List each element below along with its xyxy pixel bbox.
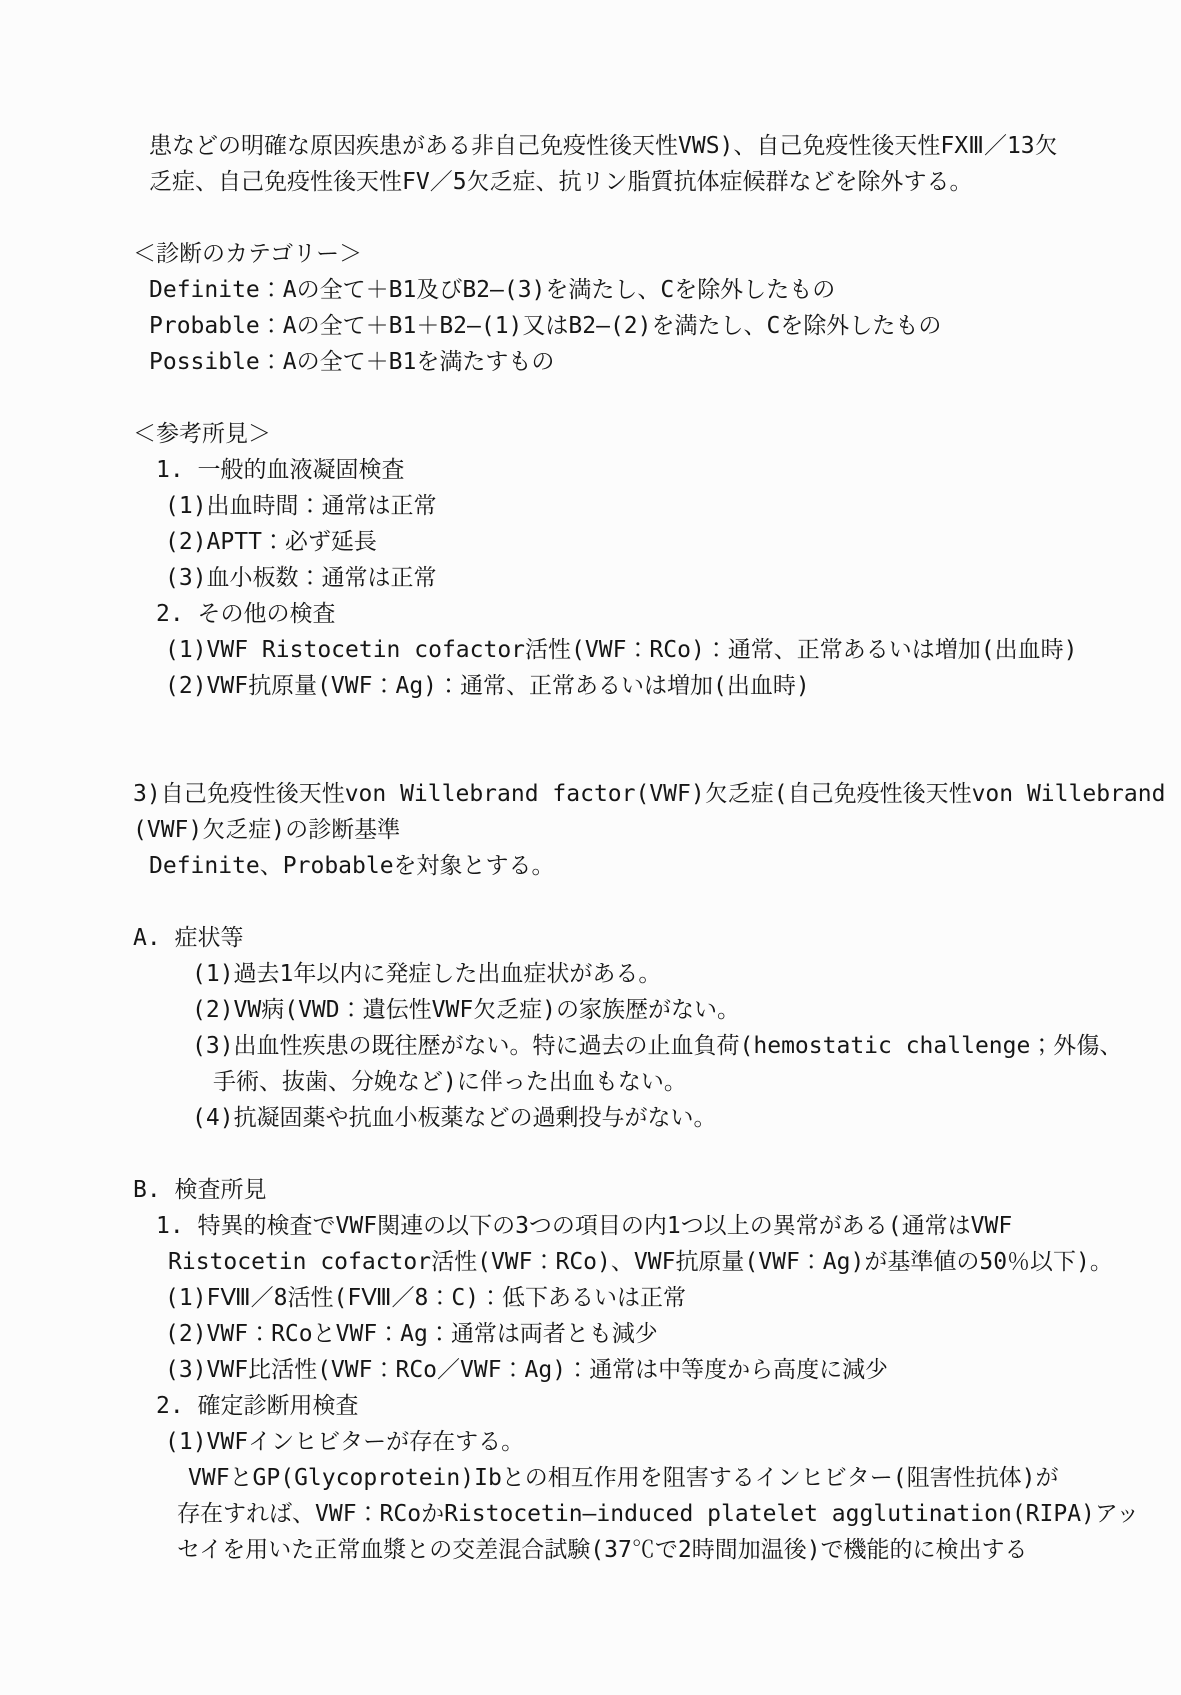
text-line: (1)FⅧ／8活性(FⅧ／8：C)：低下あるいは正常 [133,1280,1153,1316]
text-line: (2)VWF抗原量(VWF：Ag)：通常、正常あるいは増加(出血時) [133,668,1153,704]
text-line: 存在すれば、VWF：RCoかRistocetin―induced platele… [133,1496,1153,1532]
text-line: (1)出血時間：通常は正常 [133,488,1153,524]
text-line: (1)過去1年以内に発症した出血症状がある。 [133,956,1153,992]
text-line: ＜参考所見＞ [133,416,1153,452]
text-line: セイを用いた正常血漿との交差混合試験(37℃で2時間加温後)で機能的に検出する [133,1532,1153,1568]
text-line: A. 症状等 [133,920,1153,956]
text-line: 2. 確定診断用検査 [133,1388,1153,1424]
text-line: (2)VW病(VWD：遺伝性VWF欠乏症)の家族歴がない。 [133,992,1153,1028]
blank-line [133,740,1153,776]
text-line: (1)VWFインヒビターが存在する。 [133,1424,1153,1460]
document-body: 患などの明確な原因疾患がある非自己免疫性後天性VWS)、自己免疫性後天性FXⅢ／… [133,128,1153,1568]
blank-line [133,704,1153,740]
text-line: Definite：Aの全て＋B1及びB2―(3)を満たし、Cを除外したもの [133,272,1153,308]
blank-line [133,380,1153,416]
blank-line [133,884,1153,920]
text-line: VWFとGP(Glycoprotein)Ibとの相互作用を阻害するインヒビター(… [133,1460,1153,1496]
text-line: B. 検査所見 [133,1172,1153,1208]
text-line: 1. 特異的検査でVWF関連の以下の3つの項目の内1つ以上の異常がある(通常はV… [133,1208,1153,1244]
text-line: 1. 一般的血液凝固検査 [133,452,1153,488]
text-line: 乏症、自己免疫性後天性FV／5欠乏症、抗リン脂質抗体症候群などを除外する。 [133,164,1153,200]
text-line: (3)血小板数：通常は正常 [133,560,1153,596]
text-line: ＜診断のカテゴリー＞ [133,236,1153,272]
text-line: (VWF)欠乏症)の診断基準 [133,812,1153,848]
blank-line [133,200,1153,236]
text-line: Possible：Aの全て＋B1を満たすもの [133,344,1153,380]
text-line: Ristocetin cofactor活性(VWF：RCo)、VWF抗原量(VW… [133,1244,1153,1280]
blank-line [133,1136,1153,1172]
text-line: 3)自己免疫性後天性von Willebrand factor(VWF)欠乏症(… [133,776,1153,812]
text-line: (4)抗凝固薬や抗血小板薬などの過剰投与がない。 [133,1100,1153,1136]
text-line: 患などの明確な原因疾患がある非自己免疫性後天性VWS)、自己免疫性後天性FXⅢ／… [133,128,1153,164]
text-line: (3)出血性疾患の既往歴がない。特に過去の止血負荷(hemostatic cha… [133,1028,1153,1064]
text-line: Definite、Probableを対象とする。 [133,848,1153,884]
text-line: (1)VWF Ristocetin cofactor活性(VWF：RCo)：通常… [133,632,1153,668]
text-line: 手術、抜歯、分娩など)に伴った出血もない。 [133,1064,1153,1100]
text-line: (2)APTT：必ず延長 [133,524,1153,560]
text-line: Probable：Aの全て＋B1＋B2―(1)又はB2―(2)を満たし、Cを除外… [133,308,1153,344]
text-line: 2. その他の検査 [133,596,1153,632]
text-line: (2)VWF：RCoとVWF：Ag：通常は両者とも減少 [133,1316,1153,1352]
text-line: (3)VWF比活性(VWF：RCo／VWF：Ag)：通常は中等度から高度に減少 [133,1352,1153,1388]
document-page: 患などの明確な原因疾患がある非自己免疫性後天性VWS)、自己免疫性後天性FXⅢ／… [0,0,1181,1695]
